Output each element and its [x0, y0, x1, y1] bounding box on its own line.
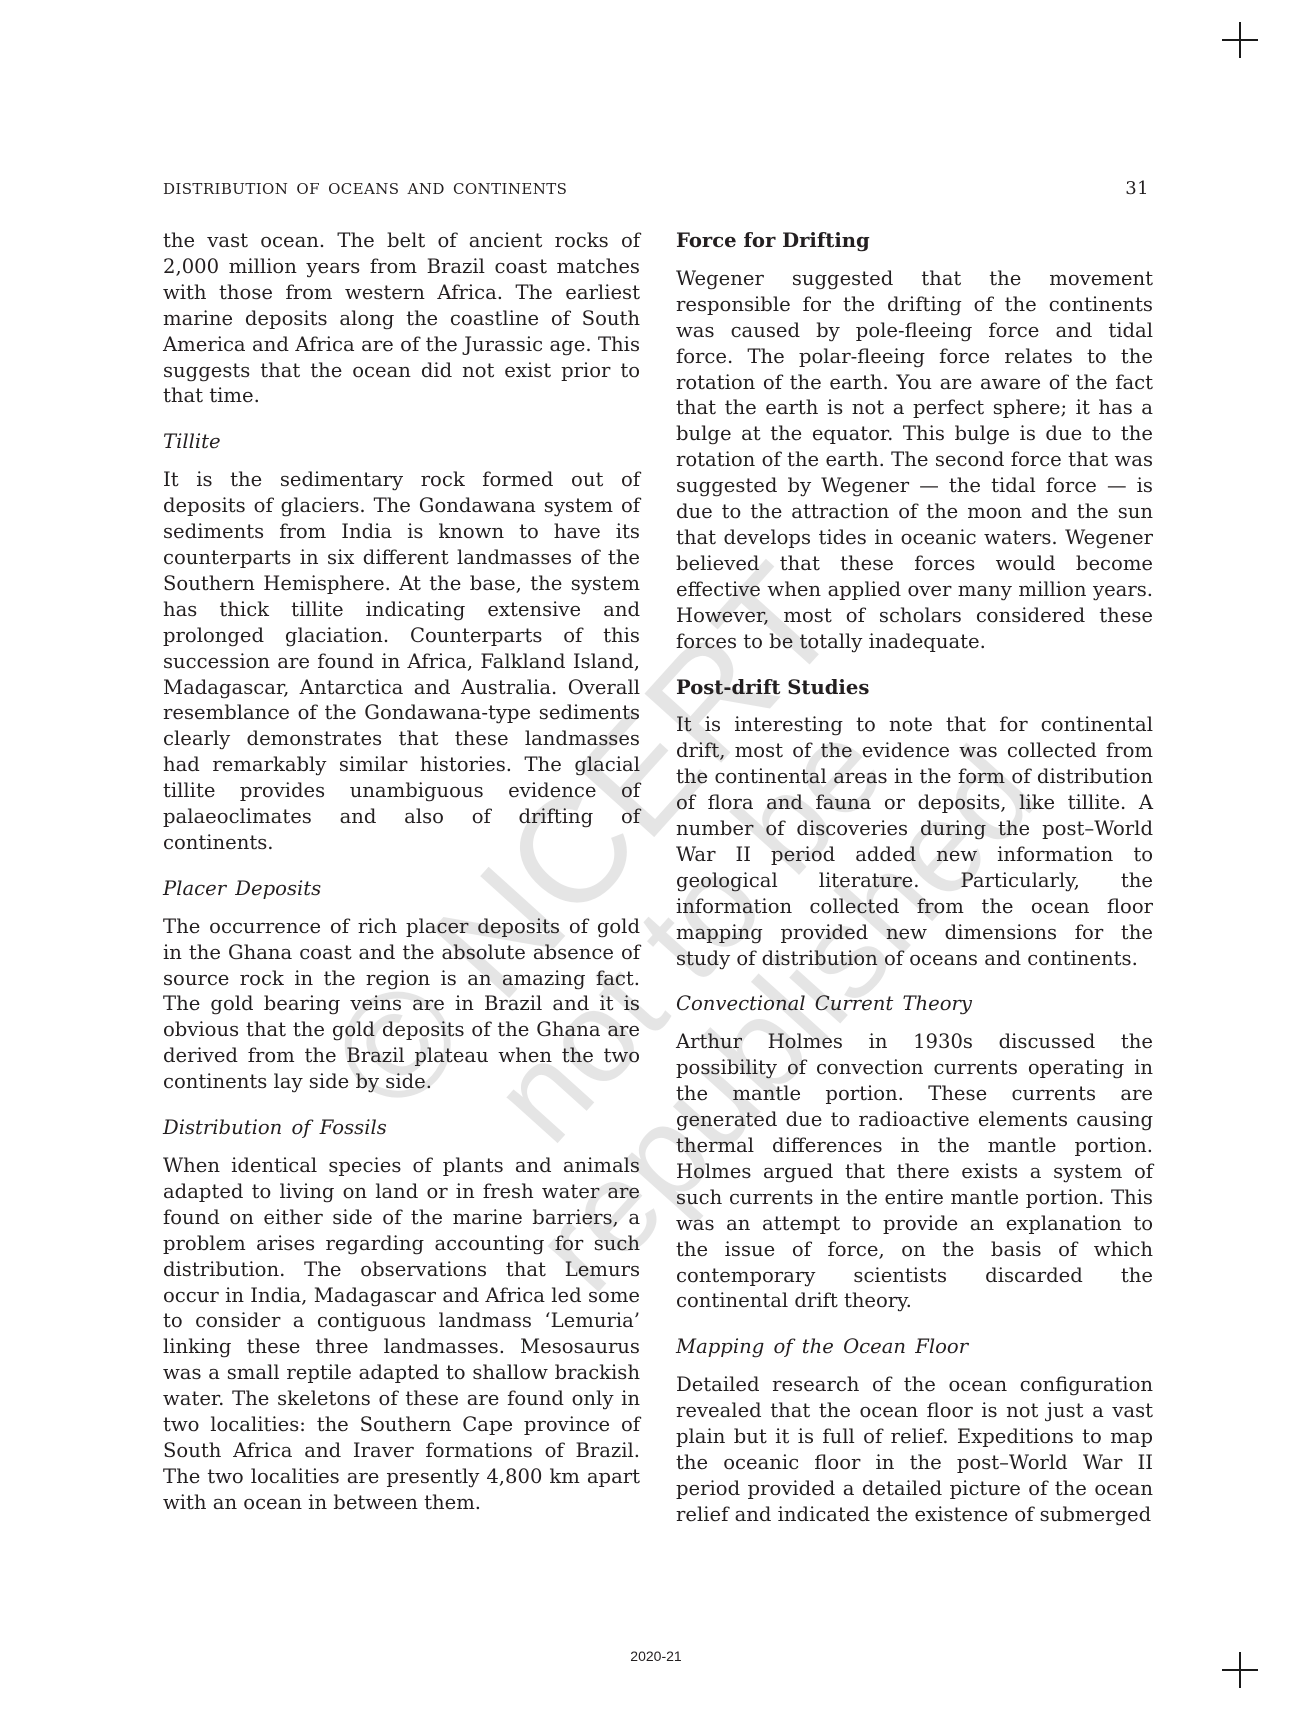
section-heading-tillite: Tillite — [163, 429, 640, 455]
left-column: the vast ocean. The belt of ancient rock… — [163, 228, 640, 1516]
section-body-tillite: It is the sedimentary rock formed out of… — [163, 467, 640, 856]
section-body-placer-deposits: The occurrence of rich placer deposits o… — [163, 914, 640, 1095]
intro-paragraph: the vast ocean. The belt of ancient rock… — [163, 228, 640, 409]
section-heading-distribution-of-fossils: Distribution of Fossils — [163, 1115, 640, 1141]
crop-mark-top-right-icon — [1222, 22, 1258, 58]
section-body-convectional-current-theory: Arthur Holmes in 1930s discussed the pos… — [676, 1029, 1153, 1314]
section-heading-force-for-drifting: Force for Drifting — [676, 228, 1153, 254]
section-body-force-for-drifting: Wegener suggested that the movement resp… — [676, 266, 1153, 655]
footer-year: 2020-21 — [0, 1648, 1312, 1664]
section-body-post-drift-studies: It is interesting to note that for conti… — [676, 712, 1153, 971]
right-column: Force for Drifting Wegener suggested tha… — [676, 228, 1153, 1528]
section-heading-convectional-current-theory: Convectional Current Theory — [676, 991, 1153, 1017]
running-head: DISTRIBUTION OF OCEANS AND CONTINENTS 31 — [163, 180, 1149, 200]
section-body-mapping-ocean-floor: Detailed research of the ocean configura… — [676, 1372, 1153, 1527]
page-number: 31 — [1125, 178, 1149, 199]
chapter-title: DISTRIBUTION OF OCEANS AND CONTINENTS — [163, 180, 567, 198]
section-heading-post-drift-studies: Post-drift Studies — [676, 675, 1153, 701]
section-heading-placer-deposits: Placer Deposits — [163, 876, 640, 902]
section-heading-mapping-ocean-floor: Mapping of the Ocean Floor — [676, 1334, 1153, 1360]
section-body-distribution-of-fossils: When identical species of plants and ani… — [163, 1153, 640, 1516]
